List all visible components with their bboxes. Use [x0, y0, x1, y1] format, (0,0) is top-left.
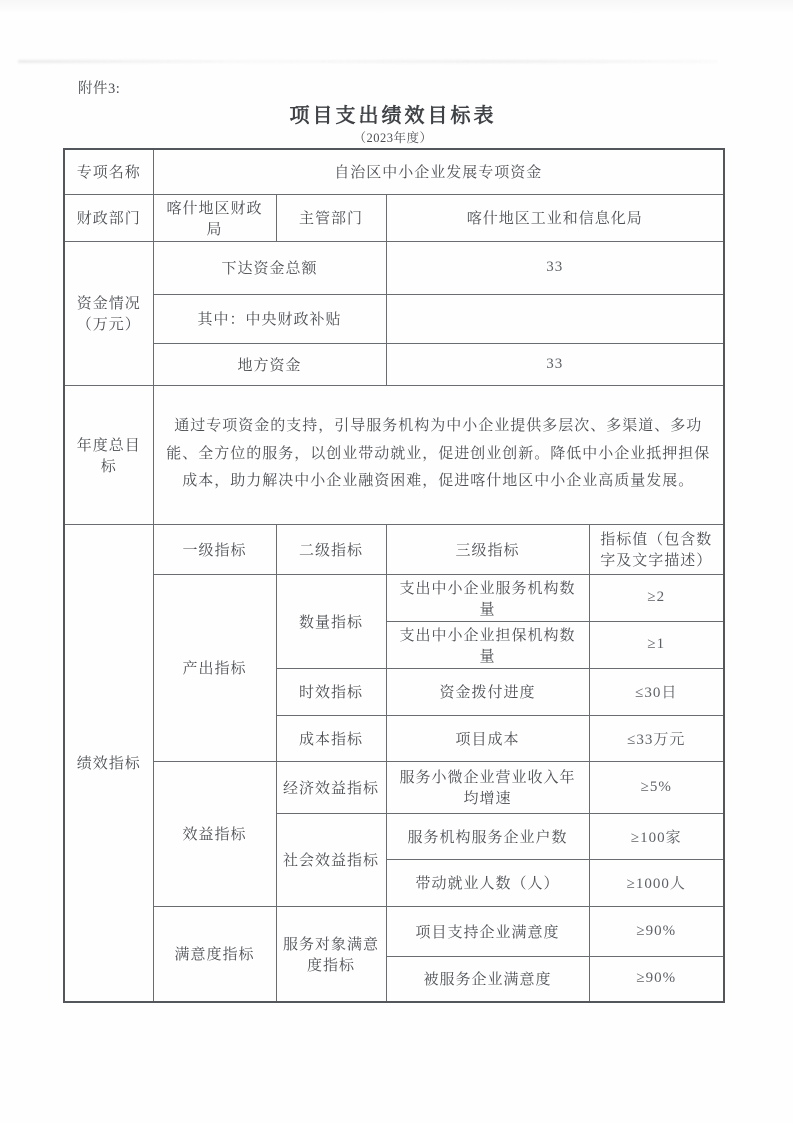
indicator-row: 满意度指标 服务对象满意度指标 项目支持企业满意度 ≥90%	[64, 906, 724, 956]
finance-dept-value-cell: 喀什地区财政局	[153, 194, 276, 241]
level2-quantity-cell: 数量指标	[276, 574, 386, 668]
scanned-page: 附件3: 项目支出绩效目标表 （2023年度） 专项名称 自治区中小企业发展专项…	[0, 0, 793, 1123]
indicator-value-cell: ≤33万元	[589, 715, 724, 761]
departments-row: 财政部门 喀什地区财政局 主管部门 喀什地区工业和信息化局	[64, 194, 724, 241]
level2-economic-cell: 经济效益指标	[276, 761, 386, 813]
level2-social-cell: 社会效益指标	[276, 813, 386, 906]
finance-dept-label-cell: 财政部门	[64, 194, 153, 241]
project-name-value-cell: 自治区中小企业发展专项资金	[153, 149, 724, 194]
indicator-name-cell: 资金拨付进度	[386, 668, 589, 715]
indicator-name-cell: 支出中小企业担保机构数量	[386, 621, 589, 668]
funding-row-local: 地方资金 33	[64, 343, 724, 385]
header-level2-cell: 二级指标	[276, 524, 386, 574]
indicator-name-cell: 服务机构服务企业户数	[386, 813, 589, 859]
scan-edge-artifact	[0, 0, 793, 14]
indicator-value-cell: ≤30日	[589, 668, 724, 715]
indicators-section-cell: 绩效指标	[64, 524, 153, 1002]
page-title: 项目支出绩效目标表	[63, 99, 723, 128]
indicator-name-cell: 服务小微企业营业收入年均增速	[386, 761, 589, 813]
funding-section-cell: 资金情况 （万元）	[64, 241, 153, 385]
annual-goal-text-cell: 通过专项资金的支持，引导服务机构为中小企业提供多层次、多渠道、多功能、全方位的服…	[153, 385, 724, 524]
level1-benefit-cell: 效益指标	[153, 761, 276, 906]
project-name-row: 专项名称 自治区中小企业发展专项资金	[64, 149, 724, 194]
level2-cost-cell: 成本指标	[276, 715, 386, 761]
level2-timeliness-cell: 时效指标	[276, 668, 386, 715]
indicator-value-cell: ≥90%	[589, 956, 724, 1002]
annual-goal-label-cell: 年度总目标	[64, 385, 153, 524]
project-name-label-cell: 专项名称	[64, 149, 153, 194]
annual-goal-row: 年度总目标 通过专项资金的支持，引导服务机构为中小企业提供多层次、多渠道、多功能…	[64, 385, 724, 524]
indicator-value-cell: ≥2	[589, 574, 724, 621]
indicators-header-row: 绩效指标 一级指标 二级指标 三级指标 指标值（包含数字及文字描述）	[64, 524, 724, 574]
indicator-value-cell: ≥1000人	[589, 859, 724, 906]
attachment-label: 附件3:	[78, 77, 120, 98]
level1-satisfaction-cell: 满意度指标	[153, 906, 276, 1002]
page-subtitle: （2023年度）	[63, 128, 723, 146]
funding-total-label-cell: 下达资金总额	[153, 241, 386, 294]
indicator-row: 效益指标 经济效益指标 服务小微企业营业收入年均增速 ≥5%	[64, 761, 724, 813]
header-value-cell: 指标值（包含数字及文字描述）	[589, 524, 724, 574]
funding-local-value-cell: 33	[386, 343, 724, 385]
scan-smudge-artifact	[18, 60, 718, 63]
funding-central-label-cell: 其中：中央财政补贴	[153, 294, 386, 343]
funding-central-value-cell	[386, 294, 724, 343]
funding-row-central: 其中：中央财政补贴	[64, 294, 724, 343]
performance-target-table: 专项名称 自治区中小企业发展专项资金 财政部门 喀什地区财政局 主管部门 喀什地…	[63, 148, 725, 1003]
indicator-value-cell: ≥90%	[589, 906, 724, 956]
indicator-row: 产出指标 数量指标 支出中小企业服务机构数量 ≥2	[64, 574, 724, 621]
funding-row-total: 资金情况 （万元） 下达资金总额 33	[64, 241, 724, 294]
indicator-name-cell: 被服务企业满意度	[386, 956, 589, 1002]
level2-service-target-cell: 服务对象满意度指标	[276, 906, 386, 1002]
indicator-name-cell: 带动就业人数（人）	[386, 859, 589, 906]
level1-output-cell: 产出指标	[153, 574, 276, 761]
supervisor-dept-label-cell: 主管部门	[276, 194, 386, 241]
indicator-value-cell: ≥100家	[589, 813, 724, 859]
header-level3-cell: 三级指标	[386, 524, 589, 574]
header-level1-cell: 一级指标	[153, 524, 276, 574]
funding-local-label-cell: 地方资金	[153, 343, 386, 385]
indicator-name-cell: 支出中小企业服务机构数量	[386, 574, 589, 621]
indicator-name-cell: 项目成本	[386, 715, 589, 761]
indicator-value-cell: ≥5%	[589, 761, 724, 813]
indicator-value-cell: ≥1	[589, 621, 724, 668]
funding-total-value-cell: 33	[386, 241, 724, 294]
supervisor-dept-value-cell: 喀什地区工业和信息化局	[386, 194, 724, 241]
indicator-name-cell: 项目支持企业满意度	[386, 906, 589, 956]
